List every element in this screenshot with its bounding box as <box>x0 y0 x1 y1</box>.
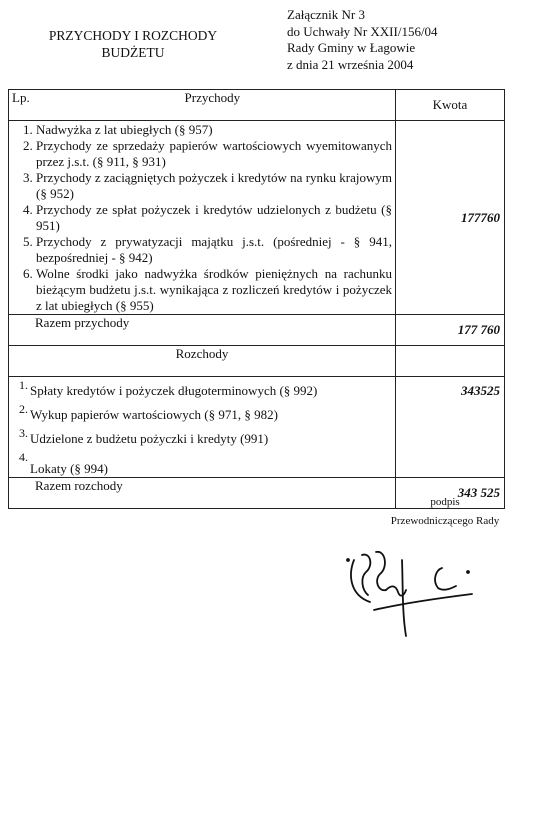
signature-label-line-1: podpis <box>380 493 510 512</box>
expense-list: 1.Spłaty kredytów i pożyczek długotermin… <box>19 379 395 475</box>
handwritten-signature <box>340 540 490 645</box>
income-amount: 177760 <box>396 121 505 315</box>
resolution-date: z dnia 21 września 2004 <box>287 57 438 74</box>
budget-table: Lp. Przychody Kwota 1.Nadwyżka z lat ubi… <box>8 89 505 509</box>
list-item: 4.Lokaty (§ 994) <box>19 451 395 475</box>
list-item: 3.Przychody z zaciągniętych pożyczek i k… <box>23 170 392 202</box>
signature-label-line-2: Przewodniczącego Rady <box>380 512 510 531</box>
title-line-2: BUDŻETU <box>28 44 238 61</box>
resolution-number: do Uchwały Nr XXII/156/04 <box>287 24 438 41</box>
annex-number: Załącznik Nr 3 <box>287 7 438 24</box>
list-item: 6.Wolne środki jako nadwyżka środków pie… <box>23 266 392 314</box>
title-line-1: PRZYCHODY I ROZCHODY <box>28 27 238 44</box>
header-amount: Kwota <box>396 90 505 121</box>
signature-label: podpis Przewodniczącego Rady <box>380 493 510 531</box>
expense-header: Rozchody <box>9 346 396 377</box>
income-items-cell: 1.Nadwyżka z lat ubiegłych (§ 957) 2.Prz… <box>9 121 396 315</box>
annex-reference: Załącznik Nr 3 do Uchwały Nr XXII/156/04… <box>287 7 438 73</box>
expense-items-row: 1.Spłaty kredytów i pożyczek długotermin… <box>9 377 505 478</box>
expense-items-cell: 1.Spłaty kredytów i pożyczek długotermin… <box>9 377 396 478</box>
list-item: 4.Przychody ze spłat pożyczek i kredytów… <box>23 202 392 234</box>
list-item: 1.Spłaty kredytów i pożyczek długotermin… <box>19 379 395 403</box>
list-item: 3.Udzielone z budżetu pożyczki i kredyty… <box>19 427 395 451</box>
income-total-label: Razem przychody <box>9 315 396 346</box>
list-item: 5.Przychody z prywatyzacji majątku j.s.t… <box>23 234 392 266</box>
income-items-row: 1.Nadwyżka z lat ubiegłych (§ 957) 2.Prz… <box>9 121 505 315</box>
income-total-value: 177 760 <box>396 315 505 346</box>
expense-header-row: Rozchody <box>9 346 505 377</box>
header-lp: Lp. <box>12 90 30 106</box>
list-item: 2.Wykup papierów wartościowych (§ 971, §… <box>19 403 395 427</box>
table-header-row: Lp. Przychody Kwota <box>9 90 505 121</box>
income-list: 1.Nadwyżka z lat ubiegłych (§ 957) 2.Prz… <box>23 122 392 314</box>
list-item: 1.Nadwyżka z lat ubiegłych (§ 957) <box>23 122 392 138</box>
header-income: Przychody <box>30 90 395 106</box>
expense-header-amount-cell <box>396 346 505 377</box>
list-item: 2.Przychody ze sprzedaży papierów wartoś… <box>23 138 392 170</box>
council-name: Rady Gminy w Łagowie <box>287 40 438 57</box>
document-title: PRZYCHODY I ROZCHODY BUDŻETU <box>28 27 238 61</box>
income-total-row: Razem przychody 177 760 <box>9 315 505 346</box>
expense-amount: 343525 <box>396 377 505 478</box>
header-cell-income: Lp. Przychody <box>9 90 396 121</box>
expense-total-label: Razem rozchody <box>9 478 396 509</box>
